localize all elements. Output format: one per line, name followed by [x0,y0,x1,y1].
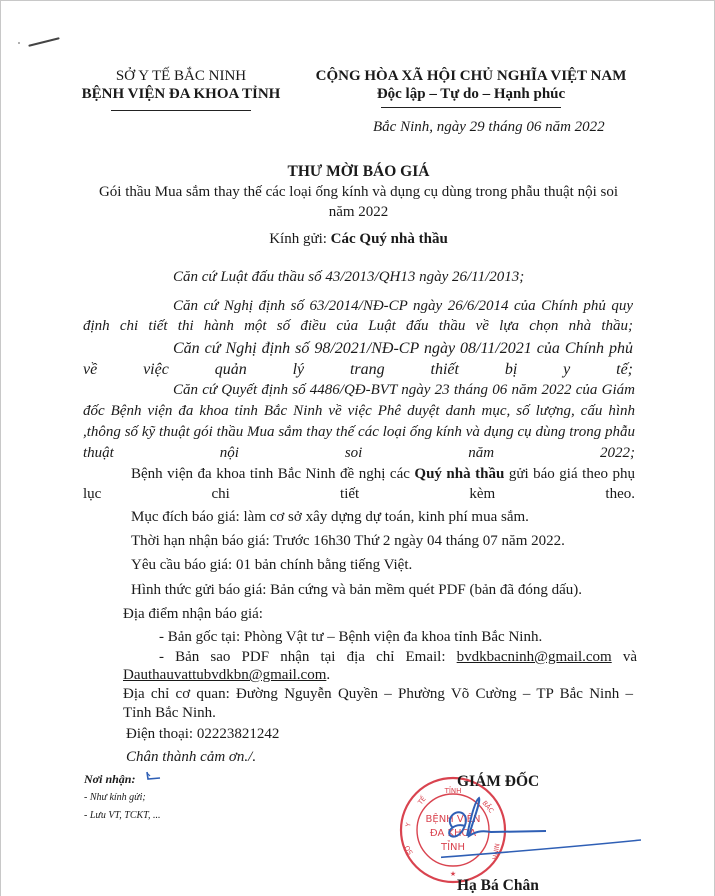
purpose-line: Mục đích báo giá: làm cơ sở xây dựng dự … [131,509,529,526]
pdf-copy-line-2: Dauthauvattubvdkbn@gmail.com. [123,667,330,684]
request-bold: Quý nhà thầu [414,466,504,482]
location-label: Địa điểm nhận báo giá: [123,606,263,623]
subject-line-2: năm 2022 [1,204,715,221]
motto-underline [381,107,561,108]
agency-underline [111,110,251,111]
email-link-2[interactable]: Dauthauvattubvdkbn@gmail.com [123,667,326,683]
legal-basis-4: Căn cứ Quyết định số 4486/QĐ-BVT ngày 23… [83,380,635,464]
legal-basis-3: Căn cứ Nghị định số 98/2021/NĐ-CP ngày 0… [83,338,633,380]
agency-parent: SỞ Y TẾ BẮC NINH [61,67,301,85]
email-link-1[interactable]: bvdkbacninh@gmail.com [457,649,612,665]
legal-basis-2: Căn cứ Nghị định số 63/2014/NĐ-CP ngày 2… [83,296,633,336]
svg-text:Y: Y [404,822,413,828]
recipient-item-1: - Như kính gửi; [84,792,146,803]
signature-icon [441,796,641,866]
signatory-name: Hạ Bá Chân [457,877,539,895]
salutation-recipient: Các Quý nhà thầu [331,231,448,247]
document-title: THƯ MỜI BÁO GIÁ [1,163,715,181]
pen-stroke-mark [28,37,60,47]
recipients-label: Nơi nhận: [84,772,135,787]
original-copy-line: - Bản gốc tại: Phòng Vật tư – Bệnh viện … [159,629,542,646]
national-motto-block: CỘNG HÒA XÃ HỘI CHỦ NGHĨA VIỆT NAM Độc l… [301,67,641,108]
agency-name: BỆNH VIỆN ĐA KHOA TỈNH [61,85,301,103]
issuing-agency-block: SỞ Y TẾ BẮC NINH BỆNH VIỆN ĐA KHOA TỈNH [61,67,301,111]
deadline-line: Thời hạn nhận báo giá: Trước 16h30 Thứ 2… [131,533,565,550]
phone-line: Điện thoại: 02223821242 [126,726,279,743]
address-line-1: Địa chỉ cơ quan: Đường Nguyễn Quyền – Ph… [123,686,633,703]
address-line-2: Tỉnh Bắc Ninh. [123,705,216,722]
request-paragraph: Bệnh viện đa khoa tỉnh Bắc Ninh đề nghị … [83,464,635,504]
national-motto: Độc lập – Tự do – Hạnh phúc [301,85,641,103]
salutation-prefix: Kính gửi: [269,231,330,247]
svg-text:★: ★ [450,870,456,878]
pdf-copy-prefix: - Bản sao PDF nhận tại địa chỉ Email: [159,649,457,665]
initial-mark-icon [145,771,161,781]
document-date: Bắc Ninh, ngày 29 tháng 06 năm 2022 [373,119,605,136]
legal-basis-1: Căn cứ Luật đấu thầu số 43/2013/QH13 ngà… [173,269,524,286]
method-line: Hình thức gửi báo giá: Bản cứng và bản m… [131,582,582,599]
email-joiner: và [612,649,637,665]
salutation: Kính gửi: Các Quý nhà thầu [1,231,715,248]
thanks-line: Chân thành cảm ơn./. [126,749,256,766]
requirement-line: Yêu cầu báo giá: 01 bản chính bằng tiếng… [131,557,412,574]
pdf-copy-line: - Bản sao PDF nhận tại địa chỉ Email: bv… [159,649,637,666]
subject-line-1: Gói thầu Mua sắm thay thế các loại ống k… [1,184,715,201]
scan-mark [18,42,20,44]
email2-suffix: . [326,667,330,683]
country-name: CỘNG HÒA XÃ HỘI CHỦ NGHĨA VIỆT NAM [301,67,641,85]
recipient-item-2: - Lưu VT, TCKT, ... [84,810,161,821]
document-page: SỞ Y TẾ BẮC NINH BỆNH VIỆN ĐA KHOA TỈNH … [0,0,715,896]
request-text: Bệnh viện đa khoa tỉnh Bắc Ninh đề nghị … [131,466,414,482]
signatory-title: GIÁM ĐỐC [457,773,539,791]
